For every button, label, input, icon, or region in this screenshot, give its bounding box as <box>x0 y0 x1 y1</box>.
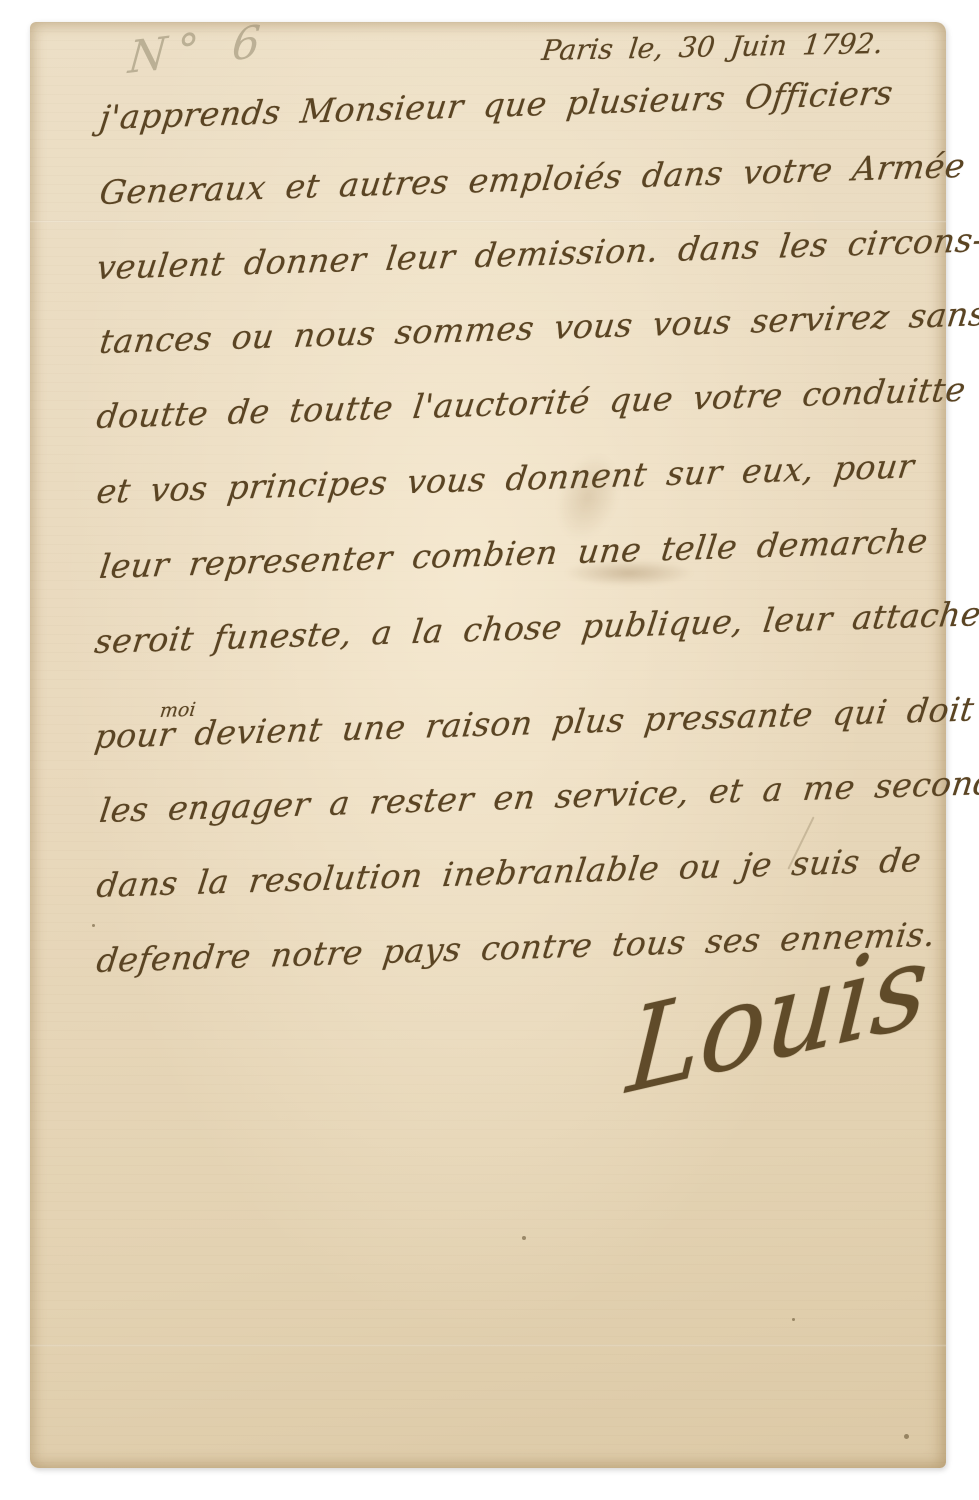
foxing-spot <box>92 924 95 927</box>
paper-crease <box>30 220 946 223</box>
foxing-spot <box>904 1434 909 1439</box>
foxing-spot <box>792 1318 795 1321</box>
foxing-spot <box>522 1236 526 1240</box>
letter-photograph: N° 6 Paris le, 30 Juin 1792. j'apprends … <box>0 0 979 1500</box>
paper-crease <box>30 1344 946 1347</box>
interlinear-insertion: moi <box>159 699 197 722</box>
